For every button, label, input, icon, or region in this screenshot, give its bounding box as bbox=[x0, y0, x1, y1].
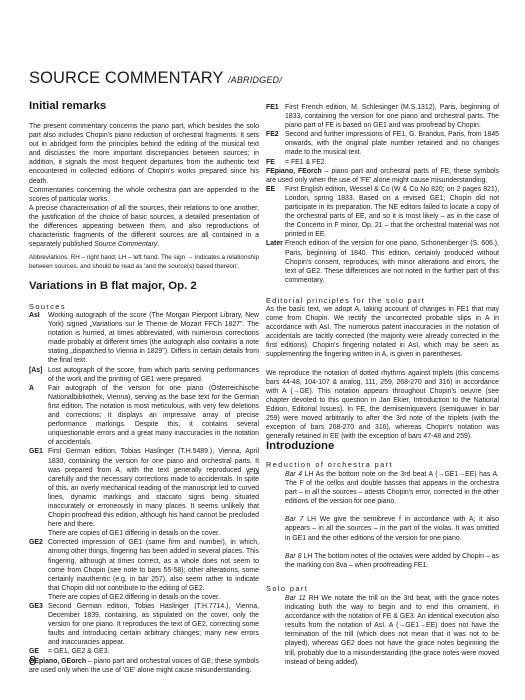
page-ref: p. 13 bbox=[247, 470, 259, 476]
heading-variations: Variations in B flat major, Op. 2 bbox=[29, 280, 197, 292]
editorial-body: As the basic text, we adopt A, taking ac… bbox=[266, 305, 499, 441]
solo-notes: Bar 11 RH We notate the trill on the 3rd… bbox=[266, 594, 499, 667]
source-entry: AsIWorking autograph of the score (The M… bbox=[29, 311, 259, 366]
source-entry: EEFirst English edition, Wessel & Co (W … bbox=[266, 185, 499, 240]
sources-list: AsIWorking autograph of the score (The M… bbox=[29, 311, 259, 675]
title-subtitle: /ABRIDGED/ bbox=[228, 75, 282, 85]
source-entry: GE= GE1, GE2 & GE3. bbox=[29, 647, 259, 656]
paragraph: Commentaries concerning the whole orches… bbox=[29, 186, 259, 204]
source-entry: LaterFrench edition of the version for o… bbox=[266, 239, 499, 284]
page-number: 8 bbox=[29, 653, 36, 668]
heading-editorial: Editorial principles for the solo part bbox=[266, 296, 425, 305]
title-text: SOURCE COMMENTARY bbox=[29, 69, 223, 87]
paragraph: A precise characterisation of all the so… bbox=[29, 204, 259, 249]
bar-note: Bar 7 LH We give the semibreve f in acco… bbox=[266, 515, 499, 542]
heading-reduction: Reduction of orchestra part bbox=[266, 460, 393, 469]
initial-remarks-body: The present commentary concerns the pian… bbox=[29, 122, 259, 271]
heading-solo-part: Solo part bbox=[266, 584, 308, 593]
paragraph: We reproduce the notation of dotted rhyt… bbox=[266, 369, 499, 442]
right-sources-list: FE1First French edition, M. Schlesinger … bbox=[266, 103, 499, 285]
paragraph: As the basic text, we adopt A, taking ac… bbox=[266, 305, 499, 360]
source-entry: [As]Lost autograph of the score, from wh… bbox=[29, 366, 259, 384]
bar-note: Bar 8 LH The bottom notes of the octaves… bbox=[266, 552, 499, 570]
source-entry: FEpiano, FEorch – piano part and orchest… bbox=[266, 167, 499, 185]
page-title: SOURCE COMMENTARY /ABRIDGED/ bbox=[29, 69, 282, 88]
heading-initial-remarks: Initial remarks bbox=[29, 100, 106, 112]
paragraph: The present commentary concerns the pian… bbox=[29, 122, 259, 186]
source-entry: GE3Second German edition, Tobias Hasling… bbox=[29, 602, 259, 647]
source-entry: GE2Corrected impression of GE1 (same fir… bbox=[29, 538, 259, 602]
source-entry: FE1First French edition, M. Schlesinger … bbox=[266, 103, 499, 130]
source-entry: AFair autograph of the version for one p… bbox=[29, 384, 259, 448]
source-entry: FE= FE1 & FE2. bbox=[266, 158, 499, 167]
source-entry: FE2Second and further impressions of FE1… bbox=[266, 130, 499, 157]
source-entry: GEpiano, GEorch – piano part and orchest… bbox=[29, 657, 259, 675]
bar-note: Bar 11 RH We notate the trill on the 3rd… bbox=[266, 594, 499, 667]
reduction-notes: p. 13 Bar 4 LH As the bottom note on the… bbox=[266, 470, 499, 570]
source-entry: GE1First German edition, Tobias Haslinge… bbox=[29, 447, 259, 538]
heading-introduzione: Introduzione bbox=[266, 440, 334, 452]
heading-sources: Sources bbox=[29, 302, 66, 311]
abbreviations-note: Abbreviations: RH – right hand; LH – lef… bbox=[29, 254, 259, 271]
bar-note: p. 13 Bar 4 LH As the bottom note on the… bbox=[266, 470, 499, 506]
